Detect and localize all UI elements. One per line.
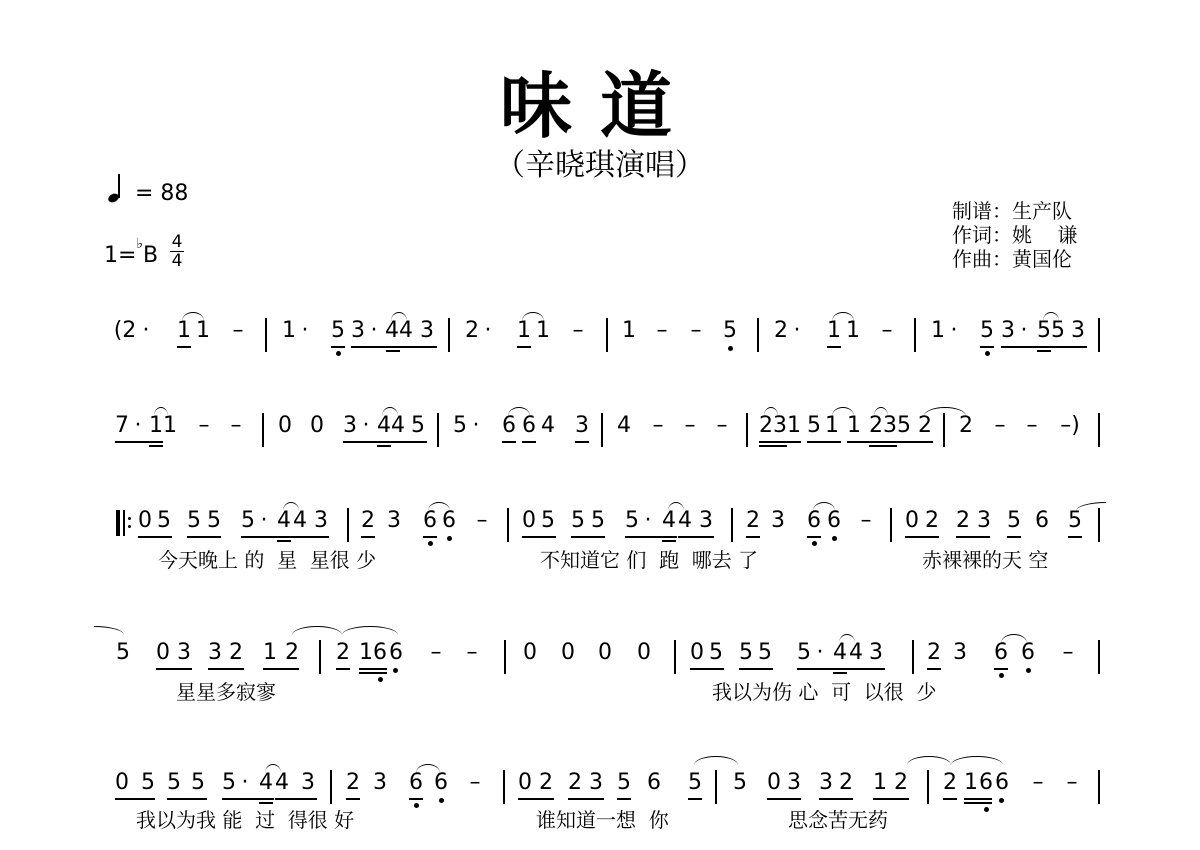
lyrics-phrase: 不知道它 们 跑 哪去 了 xyxy=(540,548,758,572)
dash: – xyxy=(467,770,483,796)
note: 0 xyxy=(114,770,130,796)
key-note: B xyxy=(143,243,158,268)
note: 1 xyxy=(826,318,842,344)
note: 3 xyxy=(419,318,435,344)
note: 3 xyxy=(176,640,192,666)
barline xyxy=(437,413,439,447)
note: 4 xyxy=(274,770,290,796)
note: 6 xyxy=(433,770,449,796)
note: 4 xyxy=(398,318,414,344)
note: 4 xyxy=(832,640,848,666)
note: 1 xyxy=(930,318,946,344)
note: 5 xyxy=(166,770,182,796)
note: 2 xyxy=(538,770,554,796)
note: 5 xyxy=(590,508,606,534)
note: 2 xyxy=(360,508,376,534)
note: 3 xyxy=(350,318,366,344)
lyrics-phrase: 我以为我 能 过 得很 好 xyxy=(136,808,354,832)
dash: – xyxy=(230,318,246,344)
note: 3 xyxy=(976,508,992,534)
note: 6 xyxy=(521,413,537,439)
note: 3 xyxy=(786,770,802,796)
note: 1 xyxy=(262,640,278,666)
note: 3 xyxy=(868,640,884,666)
barline xyxy=(912,640,914,674)
score-line-5: 0 5 5 5 5 · 4 4 3 2 3 6 6 – 0 2 2 3 5 6 … xyxy=(0,770,1200,850)
dash: – xyxy=(714,413,730,439)
barline xyxy=(715,770,717,804)
note: 5 xyxy=(156,508,172,534)
barline xyxy=(890,508,892,542)
note: 0 xyxy=(560,640,576,666)
note: 5 xyxy=(221,770,237,796)
note: 0 xyxy=(597,640,613,666)
note: 1 xyxy=(845,318,861,344)
barline xyxy=(731,508,733,542)
note: 0 xyxy=(309,413,325,439)
note: 1 xyxy=(516,318,532,344)
note: 4 xyxy=(390,413,406,439)
barline xyxy=(319,640,321,674)
note: 3 xyxy=(300,770,316,796)
note: 1 xyxy=(824,413,840,439)
barline xyxy=(330,770,332,804)
note: 5 xyxy=(687,770,703,796)
note: 2 xyxy=(942,770,958,796)
note: 0 xyxy=(521,508,537,534)
dash: – xyxy=(879,318,895,344)
note: 6 xyxy=(1034,508,1050,534)
note: 4 xyxy=(848,640,864,666)
note: 4 xyxy=(292,508,308,534)
lyrics-phrase: 星星多寂寥 xyxy=(176,680,276,704)
note-dot: · xyxy=(297,318,313,344)
note-dot: · xyxy=(640,508,656,534)
barline xyxy=(507,508,509,542)
note: 5 xyxy=(806,413,822,439)
note: 5 xyxy=(616,770,632,796)
dash: –) xyxy=(1056,413,1084,439)
key-prefix: 1= xyxy=(104,243,136,268)
note: 7 xyxy=(114,413,130,439)
note: 5 xyxy=(896,413,912,439)
note: 0 xyxy=(517,770,533,796)
note: 5 xyxy=(757,640,773,666)
note: 6 xyxy=(501,413,517,439)
note: 2 xyxy=(228,640,244,666)
note: 5 xyxy=(186,508,202,534)
tempo-value: = 88 xyxy=(135,181,188,206)
note: 6 xyxy=(372,640,388,666)
barline xyxy=(746,413,748,447)
note: 0 xyxy=(636,640,652,666)
note: 5 xyxy=(624,508,640,534)
note: 3 xyxy=(770,508,786,534)
key-signature: 1=♭B xyxy=(104,242,158,272)
dash: – xyxy=(992,413,1008,439)
barline xyxy=(606,318,608,352)
note-dot: · xyxy=(468,413,484,439)
quarter-note-icon xyxy=(106,172,128,204)
note: 6 xyxy=(993,640,1009,666)
note: 2 xyxy=(955,508,971,534)
note: 2 xyxy=(464,318,480,344)
note: 3 xyxy=(207,640,223,666)
barline xyxy=(1098,508,1100,542)
note: 2 xyxy=(893,770,909,796)
note: 5 xyxy=(1006,508,1022,534)
note: 5 xyxy=(979,318,995,344)
dash: – xyxy=(1024,413,1040,439)
note: 4 xyxy=(258,770,274,796)
note: 5 xyxy=(452,413,468,439)
score-line-4: 5 0 3 3 2 1 2 2 1 6 6 – – 0 0 0 0 0 5 5 … xyxy=(0,640,1200,720)
barline xyxy=(262,413,264,447)
dash: – xyxy=(464,640,480,666)
song-title: 味道 xyxy=(0,66,1200,146)
barline xyxy=(914,318,916,352)
note: 5 xyxy=(410,413,426,439)
note: 4 xyxy=(677,508,693,534)
lyrics-phrase: 谁知道一想 你 xyxy=(536,808,669,832)
note: 6 xyxy=(388,640,404,666)
note: 5 xyxy=(206,508,222,534)
note: 4 xyxy=(661,508,677,534)
note-dot: · xyxy=(130,413,146,439)
note: 3 xyxy=(386,508,402,534)
barline xyxy=(448,318,450,352)
note: 6 xyxy=(978,770,994,796)
note: 1 xyxy=(786,413,802,439)
note: 5 xyxy=(1050,318,1066,344)
note-dot: · xyxy=(812,640,828,666)
note: 1 xyxy=(846,413,862,439)
dash: – xyxy=(654,318,670,344)
note: 3 xyxy=(952,640,968,666)
credit-lyricist: 作词：姚 谦 xyxy=(952,223,1077,247)
note: 5 xyxy=(330,318,346,344)
barline xyxy=(503,770,505,804)
note: 3 xyxy=(342,413,358,439)
barline xyxy=(757,318,759,352)
barline xyxy=(504,640,506,674)
note: 5 xyxy=(708,640,724,666)
dash: – xyxy=(196,413,212,439)
credits: 制谱：生产队 作词：姚 谦 作曲：黄国伦 xyxy=(952,199,1077,271)
note: 1 xyxy=(195,318,211,344)
note: 6 xyxy=(994,770,1010,796)
note-dot: · xyxy=(480,318,496,344)
note: 2 xyxy=(924,508,940,534)
time-signature: 4 4 xyxy=(170,234,184,269)
credit-composer: 作曲：黄国伦 xyxy=(952,247,1077,271)
note: 0 xyxy=(766,770,782,796)
dash: – xyxy=(228,413,244,439)
note-dot: · xyxy=(946,318,962,344)
time-signature-top: 4 xyxy=(170,234,184,250)
note: 2 xyxy=(335,640,351,666)
note-dot: · xyxy=(366,318,382,344)
note: 0 xyxy=(137,508,153,534)
dash: – xyxy=(428,640,444,666)
dash: – xyxy=(858,508,874,534)
barline xyxy=(1098,413,1100,447)
dash: – xyxy=(1060,640,1076,666)
note: 1 xyxy=(281,318,297,344)
note: 2 xyxy=(926,640,942,666)
note: 3 xyxy=(698,508,714,534)
note: 2 xyxy=(958,413,974,439)
note: 6 xyxy=(646,770,662,796)
barline xyxy=(601,413,603,447)
lyrics-phrase: 我以为伤 心 可 以很 少 xyxy=(712,680,937,704)
note: 0 xyxy=(277,413,293,439)
note: 6 xyxy=(422,508,438,534)
note: 3 xyxy=(818,770,834,796)
note-dot: · xyxy=(789,318,805,344)
note: 2 xyxy=(567,770,583,796)
note: 3 xyxy=(574,413,590,439)
dash: – xyxy=(650,413,666,439)
dash: – xyxy=(1030,770,1046,796)
dash: – xyxy=(570,318,586,344)
note-dot: · xyxy=(256,508,272,534)
dash: – xyxy=(1064,770,1080,796)
barline xyxy=(1098,770,1100,804)
note: 6 xyxy=(441,508,457,534)
barline xyxy=(347,508,349,542)
note: 0 xyxy=(155,640,171,666)
dash: – xyxy=(688,318,704,344)
note: 3 xyxy=(588,770,604,796)
barline xyxy=(674,640,676,674)
lyrics-phrase: 思念苦无药 xyxy=(788,808,888,832)
note: 2 xyxy=(345,770,361,796)
note: 5 xyxy=(140,770,156,796)
note: 5 xyxy=(722,318,738,344)
note: 1 xyxy=(872,770,888,796)
note: 5 xyxy=(240,508,256,534)
score-line-3: 0 5 5 5 5 · 4 4 3 2 3 6 6 – 0 5 5 5 5 · … xyxy=(0,508,1200,588)
note-dot: · xyxy=(358,413,374,439)
note: 1 xyxy=(621,318,637,344)
note: 3 xyxy=(313,508,329,534)
note: 5 xyxy=(732,770,748,796)
note: 0 xyxy=(904,508,920,534)
lyrics-phrase: 赤裸裸的天 空 xyxy=(922,548,1048,572)
tempo-marking: = 88 xyxy=(106,172,188,209)
note: 2 xyxy=(745,508,761,534)
note: 6 xyxy=(806,508,822,534)
note: 2 xyxy=(838,770,854,796)
barline xyxy=(927,770,929,804)
time-signature-bottom: 4 xyxy=(170,253,184,269)
note: 5 xyxy=(190,770,206,796)
note: 6 xyxy=(408,770,424,796)
note: 6 xyxy=(826,508,842,534)
barline xyxy=(943,413,945,447)
note: 5 xyxy=(738,640,754,666)
note: 6 xyxy=(1020,640,1036,666)
note: (2 xyxy=(112,318,138,344)
note: 4 xyxy=(540,413,556,439)
credit-arranger: 制谱：生产队 xyxy=(952,199,1077,223)
note: 5 xyxy=(115,640,131,666)
note: 3 xyxy=(1070,318,1086,344)
score-line-1: (2 · 1 1 – 1 · 5 3 · 4 4 3 2 · 1 1 – 1 –… xyxy=(0,318,1200,398)
note: 0 xyxy=(522,640,538,666)
note: 1 xyxy=(963,770,979,796)
note: 5 xyxy=(570,508,586,534)
note: 2 xyxy=(773,318,789,344)
note: 5 xyxy=(1067,508,1083,534)
note: 5 xyxy=(796,640,812,666)
barline xyxy=(1098,318,1100,352)
note: 2 xyxy=(284,640,300,666)
lyrics-phrase: 今天晚上 的 星 星很 少 xyxy=(158,548,376,572)
note: 3 xyxy=(372,770,388,796)
barline xyxy=(265,318,267,352)
note: 3 xyxy=(1000,318,1016,344)
dash: – xyxy=(682,413,698,439)
score-line-2: 7 · 1 1 – – 0 0 3 · 4 4 5 5 · 6 6 4 3 4 … xyxy=(0,413,1200,493)
dash: – xyxy=(474,508,490,534)
flat-icon: ♭ xyxy=(136,236,143,252)
note-dot: · xyxy=(138,318,154,344)
note: 0 xyxy=(689,640,705,666)
note: 5 xyxy=(540,508,556,534)
note: 1 xyxy=(535,318,551,344)
note-dot: · xyxy=(1016,318,1032,344)
note: 1 xyxy=(176,318,192,344)
note: 1 xyxy=(162,413,178,439)
note: 4 xyxy=(616,413,632,439)
note-dot: · xyxy=(237,770,253,796)
barline xyxy=(1098,640,1100,674)
note: 4 xyxy=(276,508,292,534)
note: 2 xyxy=(917,413,933,439)
